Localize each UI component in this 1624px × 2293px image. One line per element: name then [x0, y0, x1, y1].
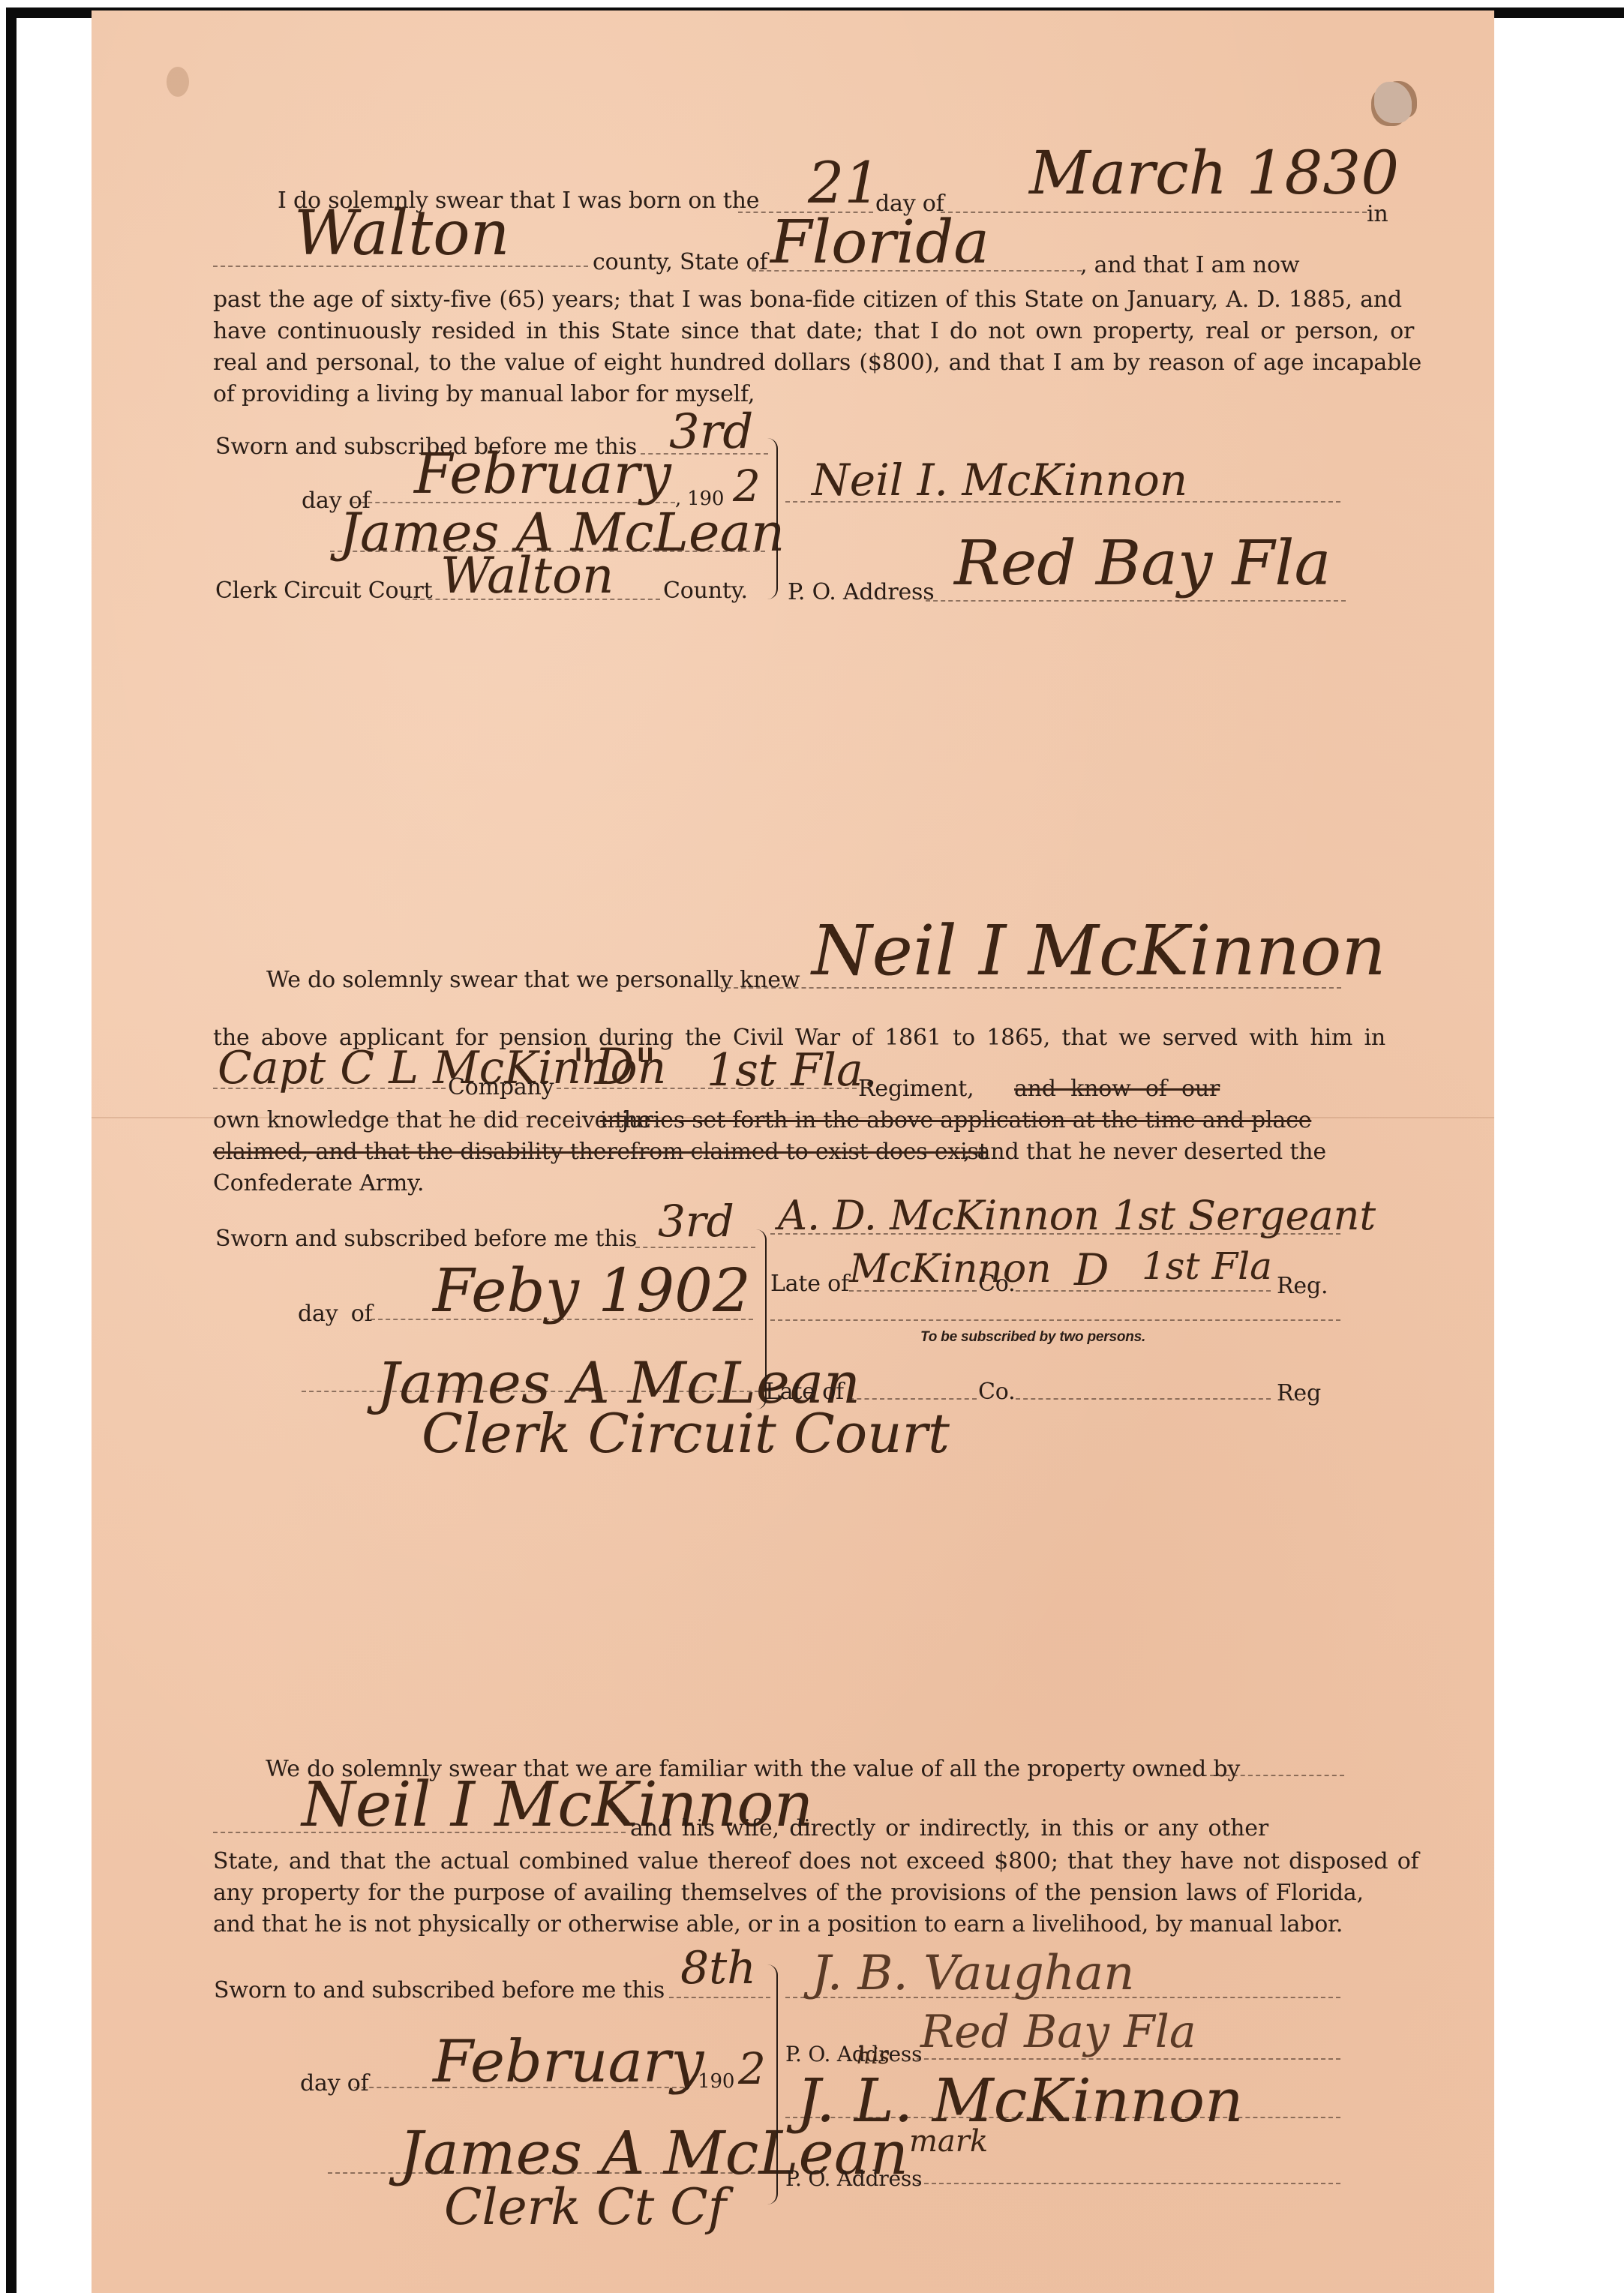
handwritten-po-address: Red Bay Fla [954, 528, 1331, 599]
brace [752, 1229, 767, 1409]
text: and his wife, directly or indirectly, in… [630, 1815, 1268, 1841]
handwritten-clerk-county: Walton [440, 547, 614, 605]
struck-text: claimed, and that the disability therefr… [213, 1139, 988, 1165]
blank-line [669, 1997, 770, 1998]
struck-text: and know of our [1014, 1076, 1220, 1102]
handwritten-late-of: McKinnon [849, 1247, 1052, 1292]
blank-line [1016, 1290, 1271, 1292]
body-line: State, and that the actual combined valu… [213, 1848, 1418, 1874]
handwritten-company: "D" [572, 1038, 657, 1096]
scan-border-left [6, 8, 17, 2293]
handwritten-sworn-day: 3rd [669, 404, 753, 460]
blank-line [917, 2183, 1340, 2184]
day-of-label: day of [298, 1301, 373, 1327]
paper-stain [167, 67, 189, 97]
body-line: past the age of sixty-five (65) years; t… [213, 287, 1402, 313]
co-label: Co. [978, 1379, 1015, 1405]
handwritten-county: Walton [294, 198, 509, 269]
body-line: have continuously resided in this State … [213, 318, 1414, 344]
brace [763, 1964, 778, 2204]
document-page: I do solemnly swear that I was born on t… [92, 11, 1494, 2293]
reg-label: Reg [1277, 1380, 1321, 1406]
subscription-note: To be subscribed by two persons. [920, 1329, 1145, 1346]
blank-line [917, 2058, 1340, 2060]
witness1-signature: A. D. McKinnon 1st Sergeant [778, 1192, 1376, 1239]
handwritten-co: D [1074, 1244, 1109, 1295]
county-label: County. [663, 578, 748, 604]
handwritten-sworn-date: Feby 1902 [433, 1256, 751, 1325]
handwritten-applicant-name: Neil I McKinnon [812, 911, 1386, 991]
company-label: Company [448, 1074, 554, 1100]
paper-tear [1374, 82, 1412, 123]
blank-line [849, 1398, 977, 1400]
handwritten-birth-month-year: March 1830 [1029, 138, 1399, 208]
handwritten-reg: 1st Fla [1142, 1244, 1272, 1288]
blank-line [941, 212, 1367, 213]
witness1-signature: J. B. Vaughan [812, 1946, 1134, 2001]
blank-line [1164, 1775, 1344, 1776]
handwritten-sworn-day: 8th [680, 1942, 756, 1994]
regiment-label: Regiment, [858, 1076, 974, 1102]
clerk-title: Clerk Circuit Court [422, 1402, 950, 1465]
text: , and that I am now [1080, 252, 1299, 278]
blank-line [926, 600, 1346, 602]
body-line: of providing a living by manual labor fo… [213, 381, 755, 407]
text: , and that he never deserted the [963, 1139, 1326, 1165]
handwritten-regiment: 1st Fla. [707, 1044, 878, 1097]
late-of-label: Late of [765, 1379, 844, 1405]
text: We do solemnly swear that we personally … [266, 967, 800, 993]
handwritten-sworn-month: February [433, 2028, 704, 2096]
sworn-label: Sworn to and subscribed before me this [214, 1977, 665, 2003]
blank-line [302, 1391, 767, 1392]
day-of-label: day of [300, 2070, 369, 2096]
po-address-label: P. O. Address [785, 2166, 922, 2191]
blank-line [1016, 1398, 1271, 1400]
clerk-label: Clerk Circuit Court [215, 578, 433, 604]
text: in [1367, 201, 1388, 227]
sworn-label: Sworn and subscribed before me this [215, 1226, 637, 1252]
reg-label: Reg. [1277, 1273, 1328, 1299]
text: own knowledge that he did receive the [213, 1107, 651, 1133]
po-address-label: P. O. Address [788, 579, 934, 605]
body-line: any property for the purpose of availing… [213, 1880, 1364, 1906]
handwritten-po-address: Red Bay Fla [920, 2006, 1196, 2058]
body-line: real and personal, to the value of eight… [213, 350, 1421, 376]
handwritten-year-digit: 2 [738, 2043, 766, 2094]
handwritten-birth-day: 21 [808, 149, 881, 216]
blank-line [635, 1247, 755, 1248]
brace [763, 438, 778, 599]
text: Confederate Army. [213, 1170, 424, 1196]
po-address-label: P. O. Address [785, 2042, 922, 2066]
handwritten-sworn-month: February [414, 442, 671, 506]
clerk-title: Clerk Ct Cf [444, 2178, 726, 2236]
text: county, State of [593, 249, 767, 275]
handwritten-sworn-day: 3rd [658, 1196, 734, 1247]
blank-line [328, 2172, 770, 2174]
co-label: Co. [978, 1271, 1015, 1297]
body-line: and that he is not physically or otherwi… [213, 1911, 1343, 1937]
struck-text: injuries set forth in the above applicat… [600, 1107, 1311, 1133]
late-of-label: Late of [770, 1271, 849, 1297]
year-prefix: , 190 [686, 2070, 734, 2093]
signature-line [770, 1319, 1340, 1321]
handwritten-state: Florida [770, 207, 989, 277]
handwritten-mark: mark [909, 2124, 988, 2159]
applicant-signature: Neil I. McKinnon [812, 455, 1187, 506]
witness2-signature: J. L. McKinnon [797, 2066, 1244, 2135]
